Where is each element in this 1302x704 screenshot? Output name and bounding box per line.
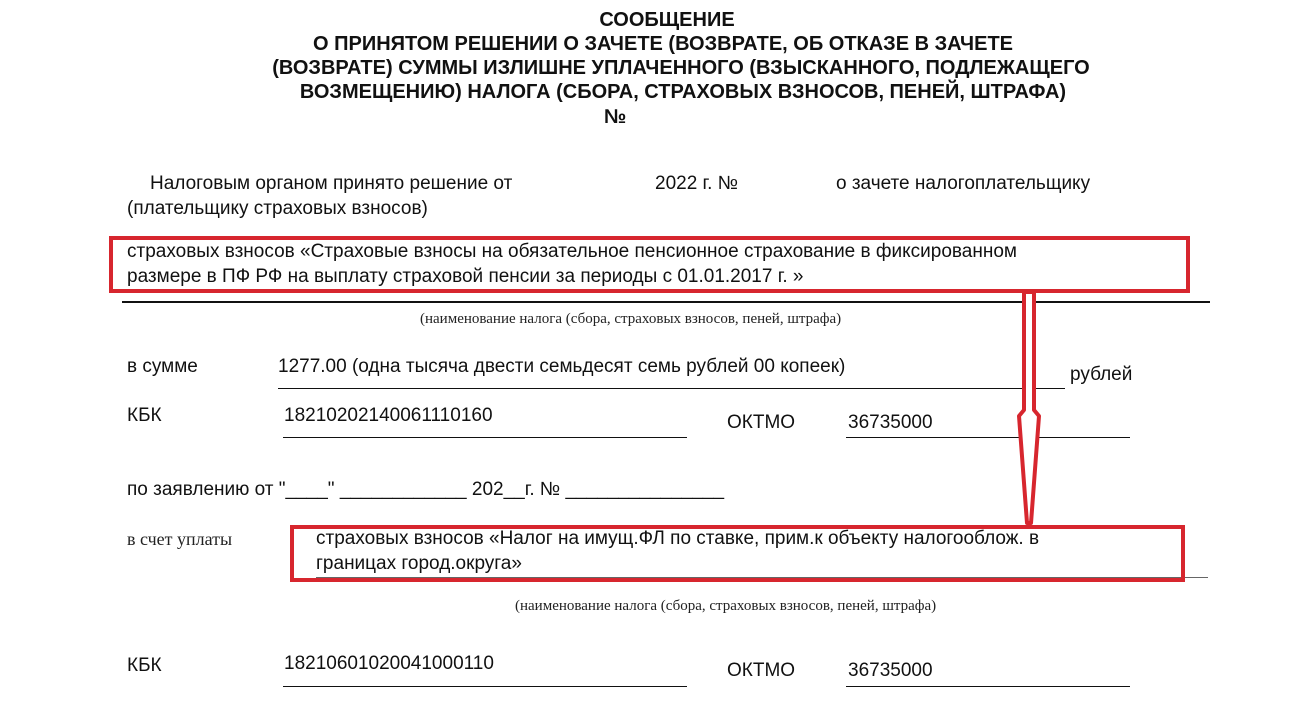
- source-oktmo-value: 36735000: [848, 412, 933, 434]
- source-kbk-label: КБК: [127, 405, 162, 427]
- decision-intro: Налоговым органом принято решение от: [150, 173, 512, 195]
- source-tax-caption: (наименование налога (сбора, страховых в…: [420, 311, 841, 328]
- target-oktmo-underline: [846, 686, 1130, 687]
- application-line: по заявлению от "____" ____________ 202_…: [127, 479, 724, 501]
- amount-unit: рублей: [1070, 364, 1132, 386]
- document-subtitle-line-2: (ВОЗВРАТЕ) СУММЫ ИЗЛИШНЕ УПЛАЧЕННОГО (ВЗ…: [30, 57, 1302, 80]
- source-oktmo-label: ОКТМО: [727, 412, 795, 434]
- amount-underline: [278, 388, 1065, 389]
- target-tax-label: в счет уплаты: [127, 529, 232, 550]
- target-kbk-underline: [283, 686, 687, 687]
- target-oktmo-label: ОКТМО: [727, 660, 795, 682]
- target-kbk-value: 18210601020041000110: [284, 653, 494, 675]
- document-subtitle-line-3: ВОЗМЕЩЕНИЮ) НАЛОГА (СБОРА, СТРАХОВЫХ ВЗН…: [32, 81, 1302, 104]
- target-kbk-label: КБК: [127, 655, 162, 677]
- amount-value: 1277.00 (одна тысяча двести семьдесят се…: [278, 356, 845, 378]
- amount-label: в сумме: [127, 356, 198, 378]
- arrow-down-icon: [1005, 288, 1055, 530]
- source-tax-highlight: [109, 236, 1190, 293]
- target-tax-caption: (наименование налога (сбора, страховых в…: [515, 598, 936, 615]
- source-oktmo-underline: [846, 437, 1130, 438]
- decision-payer: (плательщику страховых взносов): [127, 198, 428, 220]
- document-subtitle-line-1: О ПРИНЯТОМ РЕШЕНИИ О ЗАЧЕТЕ (ВОЗВРАТЕ, О…: [12, 33, 1302, 56]
- decision-tail: о зачете налогоплательщику: [836, 173, 1090, 195]
- document-number-label: №: [0, 106, 1266, 129]
- decision-year: 2022 г. №: [655, 173, 738, 195]
- target-tax-highlight: [290, 525, 1185, 582]
- source-kbk-underline: [283, 437, 687, 438]
- document-title: СООБЩЕНИЕ: [16, 9, 1302, 32]
- source-kbk-value: 18210202140061110160: [284, 405, 493, 427]
- target-oktmo-value: 36735000: [848, 660, 933, 682]
